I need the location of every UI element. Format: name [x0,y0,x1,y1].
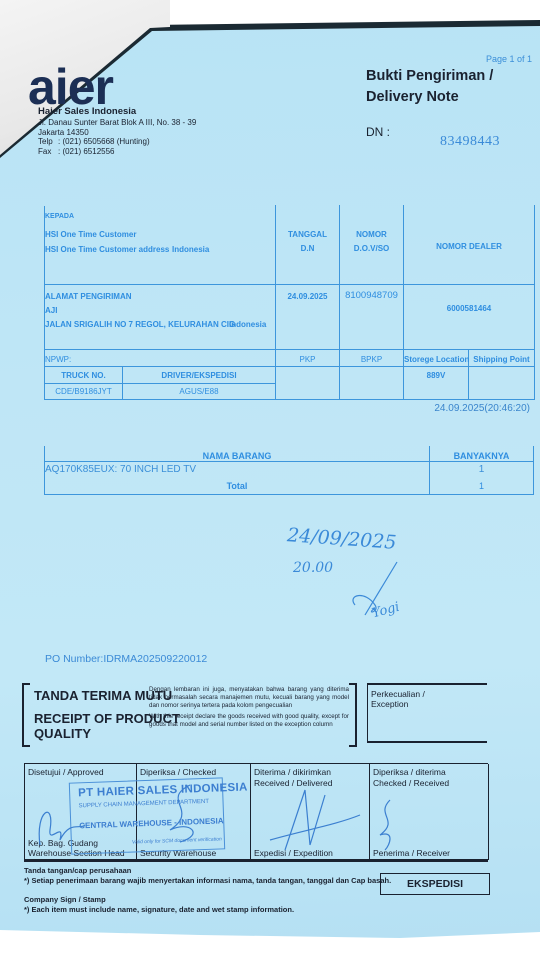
nomor-header: NOMOR D.O.V/SO [340,228,403,256]
tanggal-value: 24.09.2025 [276,292,339,301]
truck-value: CDE/B9186JYT [45,387,122,396]
do-so-sublabel: D.O.V/SO [340,242,403,256]
nomor-label: NOMOR [340,228,403,242]
dn-label: DN : [366,125,390,139]
tanggal-header: TANGGAL D.N [276,228,339,256]
page-indicator: Page 1 of 1 [486,54,532,64]
customer-address: HSI One Time Customer address [45,245,169,254]
checker-signature [150,780,210,850]
bracket-right [349,683,357,747]
storage-location-label: Storege Location [404,355,468,364]
telp-value: : (021) 6505668 (Hunting) [58,137,150,146]
table-border-right [533,446,534,495]
exception-box-top-border [368,683,487,685]
exception-label: Perkecualian / Exception [371,689,425,709]
receiver-label: Diperiksa / diterima Checked / Received [373,767,449,789]
notes-text-en: *) Each item must include name, signatur… [24,905,391,915]
receipt-quality-box: TANDA TERIMA MUTU Dengan lembaran ini ju… [22,683,357,743]
shipping-country: Indonesia [229,320,266,329]
receiver-label-id: Diperiksa / diterima [373,767,449,778]
printed-timestamp: 24.09.2025(20:46:20) [434,403,530,414]
exception-label-en: Exception [371,699,425,709]
delivered-label-id: Diterima / dikirimkan [254,767,332,778]
telp-label: Telp [38,137,58,147]
nomor-value: 8100948709 [340,290,403,301]
tanda-terima-description: Dengan lembaran ini juga, menyatakan bah… [149,686,349,710]
approved-label: Disetujui / Approved [28,767,104,778]
telp-row: Telp: (021) 6505668 (Hunting) [38,137,196,147]
item-qty-header: BANYAKNYA [430,451,533,461]
address-line-2: Jakarta 14350 [38,128,196,138]
dealer-header: NOMOR DEALER [404,242,534,251]
title-line-1: Bukti Pengiriman / [366,66,493,87]
fax-value: : (021) 6512556 [58,147,115,156]
signature-area-bottom-border [24,859,488,862]
document-title: Bukti Pengiriman / Delivery Note [366,66,493,108]
npwp-label: NPWP: [45,355,71,364]
receiver-signature-box [370,795,430,855]
receipt-quality-description: With this receipt declare the goods rece… [149,713,349,729]
table-row-line [44,349,535,350]
truck-label: TRUCK NO. [45,371,122,380]
fax-label: Fax [38,147,58,157]
exception-label-id: Perkecualian / [371,689,425,699]
total-qty: 1 [430,481,533,491]
shipping-point-label: Shipping Point [469,355,534,364]
notes-heading-en: Company Sign / Stamp [24,895,391,905]
address-line-1: Jl. Danau Sunter Barat Blok A III, No. 3… [38,118,196,128]
dealer-value: 6000581464 [404,304,534,313]
notes-heading-id: Tanda tangan/cap perusahaan [24,866,391,876]
fax-row: Fax: (021) 6512556 [38,147,196,157]
copy-designation-ekspedisi: EKSPEDISI [380,873,490,895]
table-border-right [534,205,535,399]
shipping-label: ALAMAT PENGIRIMAN [45,292,132,301]
table-row-line [44,366,535,367]
bpkp-label: BPKP [340,355,403,364]
total-label: Total [45,481,429,491]
table-row-line [44,284,535,285]
exception-box[interactable]: Perkecualian / Exception [367,683,487,743]
dn-number: 83498443 [440,134,500,150]
table-border-bottom [44,399,535,400]
item-qty: 1 [430,464,533,475]
haier-logo: aier [28,62,113,112]
company-name: Haier Sales Indonesia [38,106,136,117]
table-border-bottom [44,494,534,495]
tanggal-label: TANGGAL [276,228,339,242]
company-address: Jl. Danau Sunter Barat Blok A III, No. 3… [38,118,196,156]
receiver-label-en: Checked / Received [373,778,449,789]
notes-text-id: *) Setiap penerimaan barang wajib menyer… [24,876,391,886]
table-row-line [44,383,276,384]
shipping-address: JALAN SRIGALIH NO 7 REGOL, KELURAHAN CIG [45,320,235,329]
footer-notes: Tanda tangan/cap perusahaan *) Setiap pe… [24,866,391,915]
pkp-label: PKP [276,355,339,364]
kepada-label: KEPADA [45,213,74,220]
item-name: AQ170K85EUX: 70 INCH LED TV [45,464,196,475]
po-number: PO Number:IDRMA202509220012 [45,653,207,665]
expedition-signature [265,780,365,855]
customer-name: HSI One Time Customer [45,230,136,239]
storage-location-value: 889V [404,371,468,380]
title-line-2: Delivery Note [366,87,493,108]
dn-sublabel: D.N [276,242,339,256]
bracket-left [22,683,30,747]
table-divider [275,205,276,350]
table-divider [403,205,404,399]
item-name-header: NAMA BARANG [45,451,429,461]
shipping-name: AJI [45,306,57,315]
checked-label: Diperiksa / Checked [140,767,216,778]
driver-label: DRIVER/EKSPEDISI [123,371,275,380]
exception-box-bottom-border [368,741,487,743]
driver-value: AGUS/E88 [123,387,275,396]
table-row-line [44,461,534,462]
approver-signature [30,790,90,850]
handwritten-time: 20.00 [293,560,333,576]
customer-country: Indonesia [172,245,209,254]
